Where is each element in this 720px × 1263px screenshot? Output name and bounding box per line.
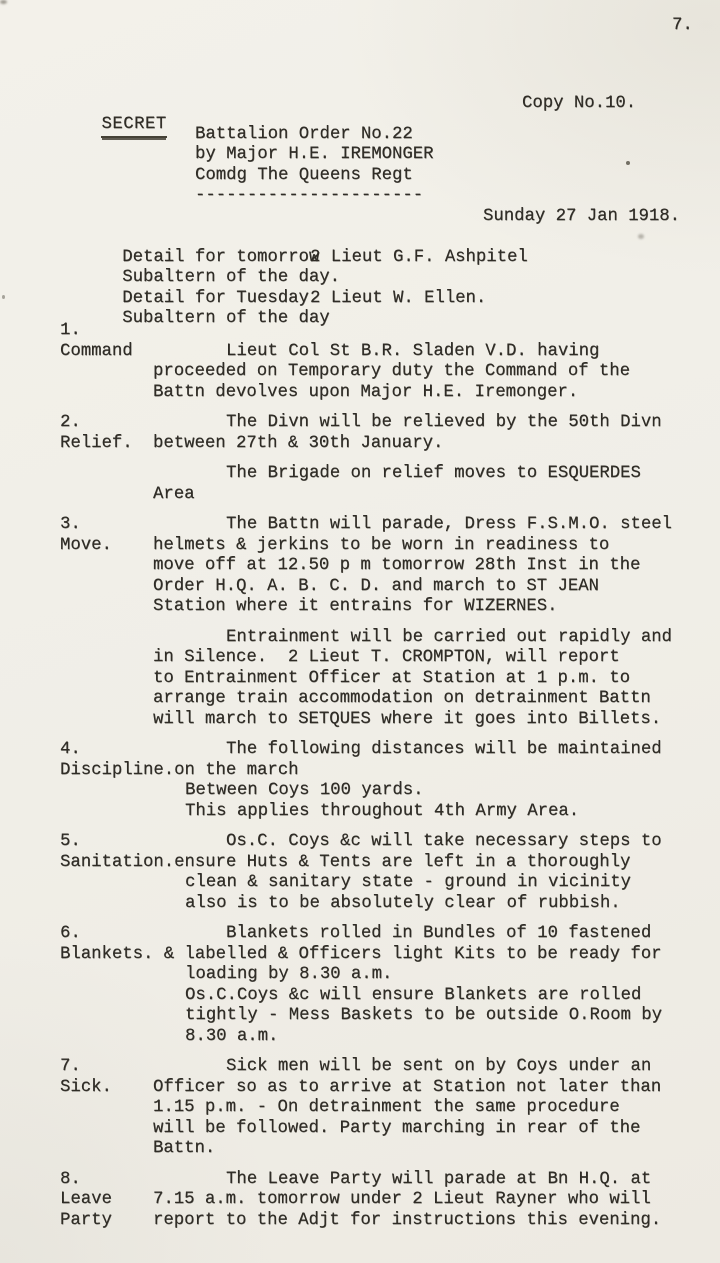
line-text: The Battn will parade, Dress F.S.M.O. st… xyxy=(226,515,672,536)
order-line: 2.The Divn will be relieved by the 50th … xyxy=(60,413,720,434)
duty-detail-block: Detail for tomorrow Subaltern of the day… xyxy=(60,227,720,309)
order-line: 1.15 p.m. - On detrainment the same proc… xyxy=(60,1098,720,1119)
line-text: Battn devolves upon Major H.E. Iremonger… xyxy=(153,383,578,404)
line-text: 8.30 a.m. xyxy=(185,1027,278,1048)
section-block-relief: 2.The Divn will be relieved by the 50th … xyxy=(60,413,720,454)
section-block-move: 3.The Battn will parade, Dress F.S.M.O. … xyxy=(60,515,720,618)
line-text: The following distances will be maintain… xyxy=(226,740,662,761)
section-number: 6. xyxy=(60,924,81,943)
order-line: 4.The following distances will be mainta… xyxy=(60,740,720,761)
order-line: in Silence. 2 Lieut T. CROMPTON, will re… xyxy=(60,648,720,669)
detail-line: Subaltern of the day 2 Lieut W. Ellen. xyxy=(60,289,720,310)
order-line: 3.The Battn will parade, Dress F.S.M.O. … xyxy=(60,515,720,536)
line-text: helmets & jerkins to be worn in readines… xyxy=(153,536,609,557)
section-label: Party xyxy=(60,1211,112,1230)
order-line: 5.Os.C. Coys &c will take necessary step… xyxy=(60,832,720,853)
line-text: Area xyxy=(153,485,194,506)
section-number: 2. xyxy=(60,413,81,432)
section-number: 4. xyxy=(60,740,81,759)
line-text: will march to SETQUES where it goes into… xyxy=(153,710,661,731)
line-text: Officer so as to arrive at Station not l… xyxy=(153,1078,661,1099)
order-title-line-3: Comdg The Queens Regt xyxy=(60,166,720,187)
order-line: tightly - Mess Baskets to be outside O.R… xyxy=(60,1006,720,1027)
order-line: Between Coys 100 yards. xyxy=(60,781,720,802)
section-label: Sick. xyxy=(60,1078,112,1097)
order-line: Sanitation.ensure Huts & Tents are left … xyxy=(60,853,720,874)
order-line: Partyreport to the Adjt for instructions… xyxy=(60,1211,720,1232)
section-label: Relief. xyxy=(60,434,133,453)
order-line: proceeded on Temporary duty the Command … xyxy=(60,362,720,383)
section-block-discipline: 4.The following distances will be mainta… xyxy=(60,740,720,822)
order-line: also is to be absolutely clear of rubbis… xyxy=(60,894,720,915)
line-text: Os.C.Coys &c will ensure Blankets are ro… xyxy=(185,986,641,1007)
section-label: Sanitation. xyxy=(60,853,174,872)
order-line: The Brigade on relief moves to ESQUERDES xyxy=(60,464,720,485)
order-line: arrange train accommodation on detrainme… xyxy=(60,689,720,710)
order-line: move off at 12.50 p m tomorrow 28th Inst… xyxy=(60,556,720,577)
detail-value: 2 Lieut G.F. Ashpitel xyxy=(310,248,528,269)
line-text: 1.15 p.m. - On detrainment the same proc… xyxy=(153,1098,620,1119)
order-title-line-1: Battalion Order No.22 xyxy=(60,125,720,146)
order-line: 6.Blankets rolled in Bundles of 10 faste… xyxy=(60,924,720,945)
line-text: Between Coys 100 yards. xyxy=(185,781,424,802)
order-line: CommandLieut Col St B.R. Sladen V.D. hav… xyxy=(60,342,720,363)
order-line: This applies throughout 4th Army Area. xyxy=(60,802,720,823)
section-number: 5. xyxy=(60,832,81,851)
detail-line: Detail for Tuesday xyxy=(60,268,720,289)
detail-value: 2 Lieut W. Ellen. xyxy=(310,289,486,310)
order-line: 8.30 a.m. xyxy=(60,1027,720,1048)
section-label: Blankets. xyxy=(60,945,153,964)
section-block-sanitation: 5.Os.C. Coys &c will take necessary step… xyxy=(60,832,720,914)
line-text: Battn. xyxy=(153,1139,215,1160)
line-text: proceeded on Temporary duty the Command … xyxy=(153,362,630,383)
order-line: Entrainment will be carried out rapidly … xyxy=(60,628,720,649)
line-text: arrange train accommodation on detrainme… xyxy=(153,689,651,710)
line-text: The Brigade on relief moves to ESQUERDES xyxy=(226,464,641,485)
order-line: Station where it entrains for WIZERNES. xyxy=(60,597,720,618)
line-text: will be followed. Party marching in rear… xyxy=(153,1119,640,1140)
line-text: between 27th & 30th January. xyxy=(153,434,443,455)
order-line: Order H.Q. A. B. C. D. and march to ST J… xyxy=(60,577,720,598)
order-line: Battn. xyxy=(60,1139,720,1160)
order-line: Move.helmets & jerkins to be worn in rea… xyxy=(60,536,720,557)
section-block-relief-cont: The Brigade on relief moves to ESQUERDES… xyxy=(60,464,720,505)
header-row: SECRET Copy No.10. xyxy=(60,94,720,115)
line-text: & labelled & Officers light Kits to be r… xyxy=(153,945,661,964)
order-line: Leave7.15 a.m. tomorrow under 2 Lieut Ra… xyxy=(60,1190,720,1211)
ink-speckle xyxy=(2,295,5,299)
title-divider: ---------------------- xyxy=(60,186,720,207)
section-block-blankets: 6.Blankets rolled in Bundles of 10 faste… xyxy=(60,924,720,1047)
line-text: Entrainment will be carried out rapidly … xyxy=(226,628,672,649)
line-text: Order H.Q. A. B. C. D. and march to ST J… xyxy=(153,577,599,598)
order-line: 1. xyxy=(60,321,720,342)
line-text: This applies throughout 4th Army Area. xyxy=(185,802,579,823)
section-label: Command xyxy=(60,342,133,361)
section-number: 8. xyxy=(60,1170,81,1189)
order-title-line-2: by Major H.E. IREMONGER xyxy=(60,145,720,166)
order-line: to Entrainment Officer at Station at 1 p… xyxy=(60,669,720,690)
line-text: report to the Adjt for instructions this… xyxy=(153,1211,661,1232)
line-text: Sick men will be sent on by Coys under a… xyxy=(226,1057,651,1078)
order-date: Sunday 27 Jan 1918. xyxy=(60,207,720,228)
line-text: loading by 8.30 a.m. xyxy=(185,965,392,986)
order-line: clean & sanitary state - ground in vicin… xyxy=(60,873,720,894)
line-text: on the march xyxy=(174,761,298,780)
order-line: Relief.between 27th & 30th January. xyxy=(60,434,720,455)
order-line: 7.Sick men will be sent on by Coys under… xyxy=(60,1057,720,1078)
section-block-command: 1. CommandLieut Col St B.R. Sladen V.D. … xyxy=(60,321,720,403)
section-block-leave-party: 8.The Leave Party will parade at Bn H.Q.… xyxy=(60,1170,720,1232)
order-line: will be followed. Party marching in rear… xyxy=(60,1119,720,1140)
order-line: Discipline.on the march xyxy=(60,761,720,782)
ink-speckle xyxy=(0,0,7,4)
section-number: 3. xyxy=(60,515,81,534)
detail-line: Subaltern of the day. 2 Lieut G.F. Ashpi… xyxy=(60,248,720,269)
detail-line: Detail for tomorrow xyxy=(60,227,720,248)
order-line: Area xyxy=(60,485,720,506)
order-line: Os.C.Coys &c will ensure Blankets are ro… xyxy=(60,986,720,1007)
order-line: Blankets. & labelled & Officers light Ki… xyxy=(60,945,720,966)
page-number: 7. xyxy=(672,16,693,37)
order-line: will march to SETQUES where it goes into… xyxy=(60,710,720,731)
line-text: The Leave Party will parade at Bn H.Q. a… xyxy=(226,1170,651,1191)
order-line: Battn devolves upon Major H.E. Iremonger… xyxy=(60,383,720,404)
section-block-sick: 7.Sick men will be sent on by Coys under… xyxy=(60,1057,720,1160)
line-text: 7.15 a.m. tomorrow under 2 Lieut Rayner … xyxy=(153,1190,651,1211)
section-block-move-cont: Entrainment will be carried out rapidly … xyxy=(60,628,720,731)
line-text: in Silence. 2 Lieut T. CROMPTON, will re… xyxy=(153,648,620,669)
line-text: Station where it entrains for WIZERNES. xyxy=(153,597,557,618)
line-text: The Divn will be relieved by the 50th Di… xyxy=(226,413,662,434)
line-text: clean & sanitary state - ground in vicin… xyxy=(185,873,631,894)
line-text: also is to be absolutely clear of rubbis… xyxy=(185,894,621,915)
order-line: 8.The Leave Party will parade at Bn H.Q.… xyxy=(60,1170,720,1191)
section-label: Leave xyxy=(60,1190,112,1209)
section-number: 7. xyxy=(60,1057,81,1076)
copy-number: Copy No.10. xyxy=(522,94,636,115)
line-text: Blankets rolled in Bundles of 10 fastene… xyxy=(226,924,651,945)
section-label: Move. xyxy=(60,536,112,555)
line-text: move off at 12.50 p m tomorrow 28th Inst… xyxy=(153,556,640,577)
document-page: 7. SECRET Copy No.10. Battalion Order No… xyxy=(0,0,720,1263)
line-text: to Entrainment Officer at Station at 1 p… xyxy=(153,669,630,690)
line-text: Os.C. Coys &c will take necessary steps … xyxy=(226,832,662,853)
section-label: Discipline. xyxy=(60,761,174,780)
order-line: loading by 8.30 a.m. xyxy=(60,965,720,986)
section-number: 1. xyxy=(60,321,81,340)
order-line: Sick.Officer so as to arrive at Station … xyxy=(60,1078,720,1099)
line-text: Lieut Col St B.R. Sladen V.D. having xyxy=(226,342,599,363)
order-title-block: Battalion Order No.22 by Major H.E. IREM… xyxy=(60,125,720,207)
line-text: tightly - Mess Baskets to be outside O.R… xyxy=(185,1006,662,1027)
line-text: ensure Huts & Tents are left in a thorou… xyxy=(174,853,630,872)
